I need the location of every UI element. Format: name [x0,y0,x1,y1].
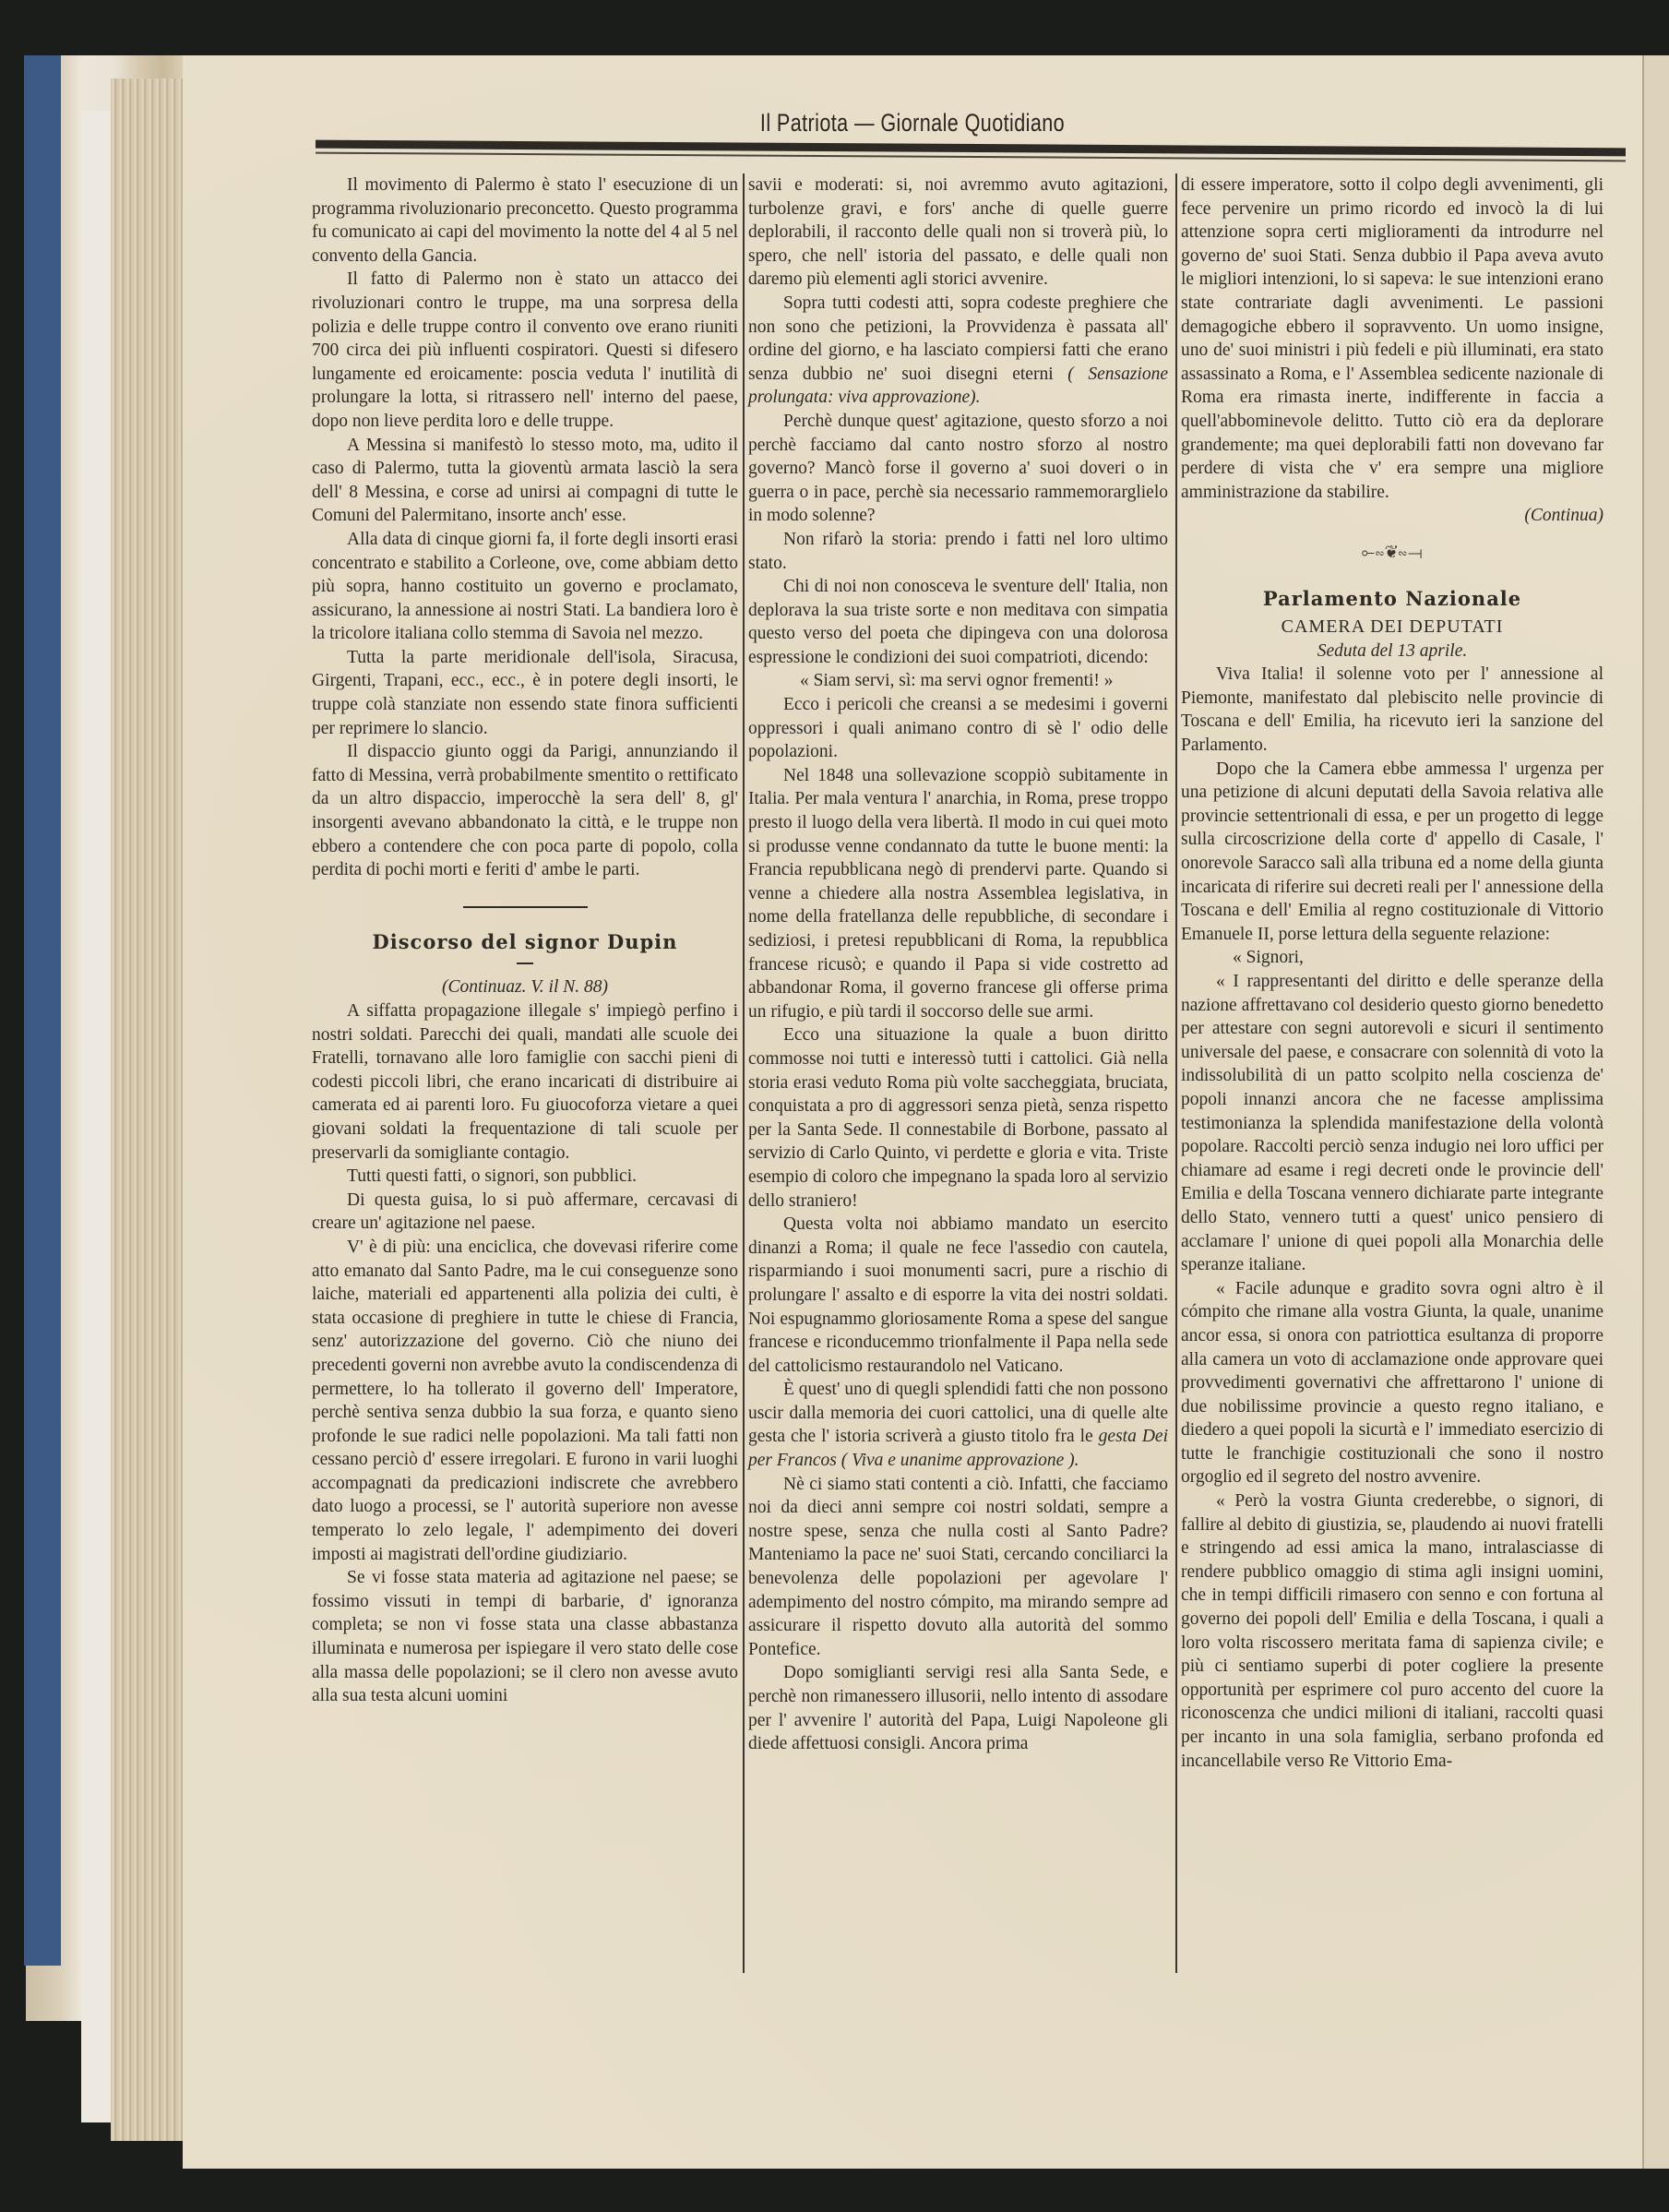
column-middle: savii e moderati: si, noi avremmo avuto … [748,173,1168,1756]
paragraph: Il movimento di Palermo è stato l' esecu… [312,173,738,268]
paragraph: V' è di più: una enciclica, che dovevasi… [312,1236,738,1566]
paragraph: Ecco i pericoli che creansi a se medesim… [748,693,1168,764]
paragraph: « Facile adunque e gradito sovra ogni al… [1181,1277,1603,1489]
section-subtitle-camera: CAMERA DEI DEPUTATI [1181,616,1603,640]
paragraph: Dopo somiglianti servigi resi alla Santa… [748,1661,1168,1755]
paragraph: Se vi fosse stata materia ad agitazione … [312,1566,738,1708]
section-title-dupin: Discorso del signor Dupin [312,930,738,954]
column-right: di essere imperatore, sotto il colpo deg… [1181,173,1603,1773]
salutation: « Signori, [1181,946,1603,970]
paragraph: « I rappresentanti del diritto e delle s… [1181,970,1603,1277]
paragraph: Tutta la parte meridionale dell'isola, S… [312,646,738,740]
ornament-divider: ⟜∾❦∾⟞ [1181,541,1603,565]
book-cover-blue [24,55,61,1966]
paragraph: Nè ci siamo stati contenti a ciò. Infatt… [748,1473,1168,1662]
paragraph: savii e moderati: si, noi avremmo avuto … [748,173,1168,292]
background-top [0,0,1669,55]
paragraph: Di questa guisa, lo si può affermare, ce… [312,1189,738,1236]
masthead-title: Il Patriota — Giornale Quotidiano [328,109,1496,138]
paragraph: A Messina si manifestò lo stesso moto, m… [312,434,738,528]
section-divider [463,906,588,908]
column-divider [1175,173,1177,1973]
section-subtitle: (Continuaz. V. il N. 88) [312,975,738,999]
paragraph: Tutti questi fatti, o signori, son pubbl… [312,1165,738,1189]
continua-note: (Continua) [1181,504,1603,528]
adjacent-page-edge [1642,55,1669,2169]
paragraph: Il fatto di Palermo non è stato un attac… [312,268,738,433]
paragraph: Non rifarò la storia: prendo i fatti nel… [748,528,1168,575]
paragraph: Sopra tutti codesti atti, sopra codeste … [748,292,1168,410]
paragraph: A siffatta propagazione illegale s' impi… [312,999,738,1165]
paragraph: Perchè dunque quest' agitazione, questo … [748,410,1168,528]
paragraph: « Però la vostra Giunta crederebbe, o si… [1181,1489,1603,1773]
column-left: Il movimento di Palermo è stato l' esecu… [312,173,738,1708]
paragraph: Il dispaccio giunto oggi da Parigi, annu… [312,740,738,882]
paragraph: Questa volta noi abbiamo mandato un eser… [748,1213,1168,1378]
session-date: Seduta del 13 aprile. [1181,640,1603,664]
paragraph: di essere imperatore, sotto il colpo deg… [1181,173,1603,504]
paragraph: Alla data di cinque giorni fa, il forte … [312,528,738,646]
paragraph: Nel 1848 una sollevazione scoppiò subita… [748,764,1168,1024]
column-divider [743,173,745,1973]
verse-quote: « Siam servi, sì: ma servi ognor frement… [748,669,1168,693]
paragraph: Ecco una situazione la quale a buon diri… [748,1023,1168,1213]
italic-note: ( Viva e unanime approvazione ). [841,1451,1079,1470]
paragraph: Viva Italia! il solenne voto per l' anne… [1181,663,1603,757]
section-title-parlamento: Parlamento Nazionale [1181,587,1603,611]
page-stack-edges [111,78,185,2141]
paragraph: Chi di noi non conosceva le sventure del… [748,575,1168,669]
paragraph: È quest' uno di quegli splendidi fatti c… [748,1378,1168,1472]
newspaper-page: Il Patriota — Giornale Quotidiano Il mov… [183,55,1642,2169]
title-dash [517,963,533,964]
paragraph: Dopo che la Camera ebbe ammessa l' urgen… [1181,758,1603,947]
